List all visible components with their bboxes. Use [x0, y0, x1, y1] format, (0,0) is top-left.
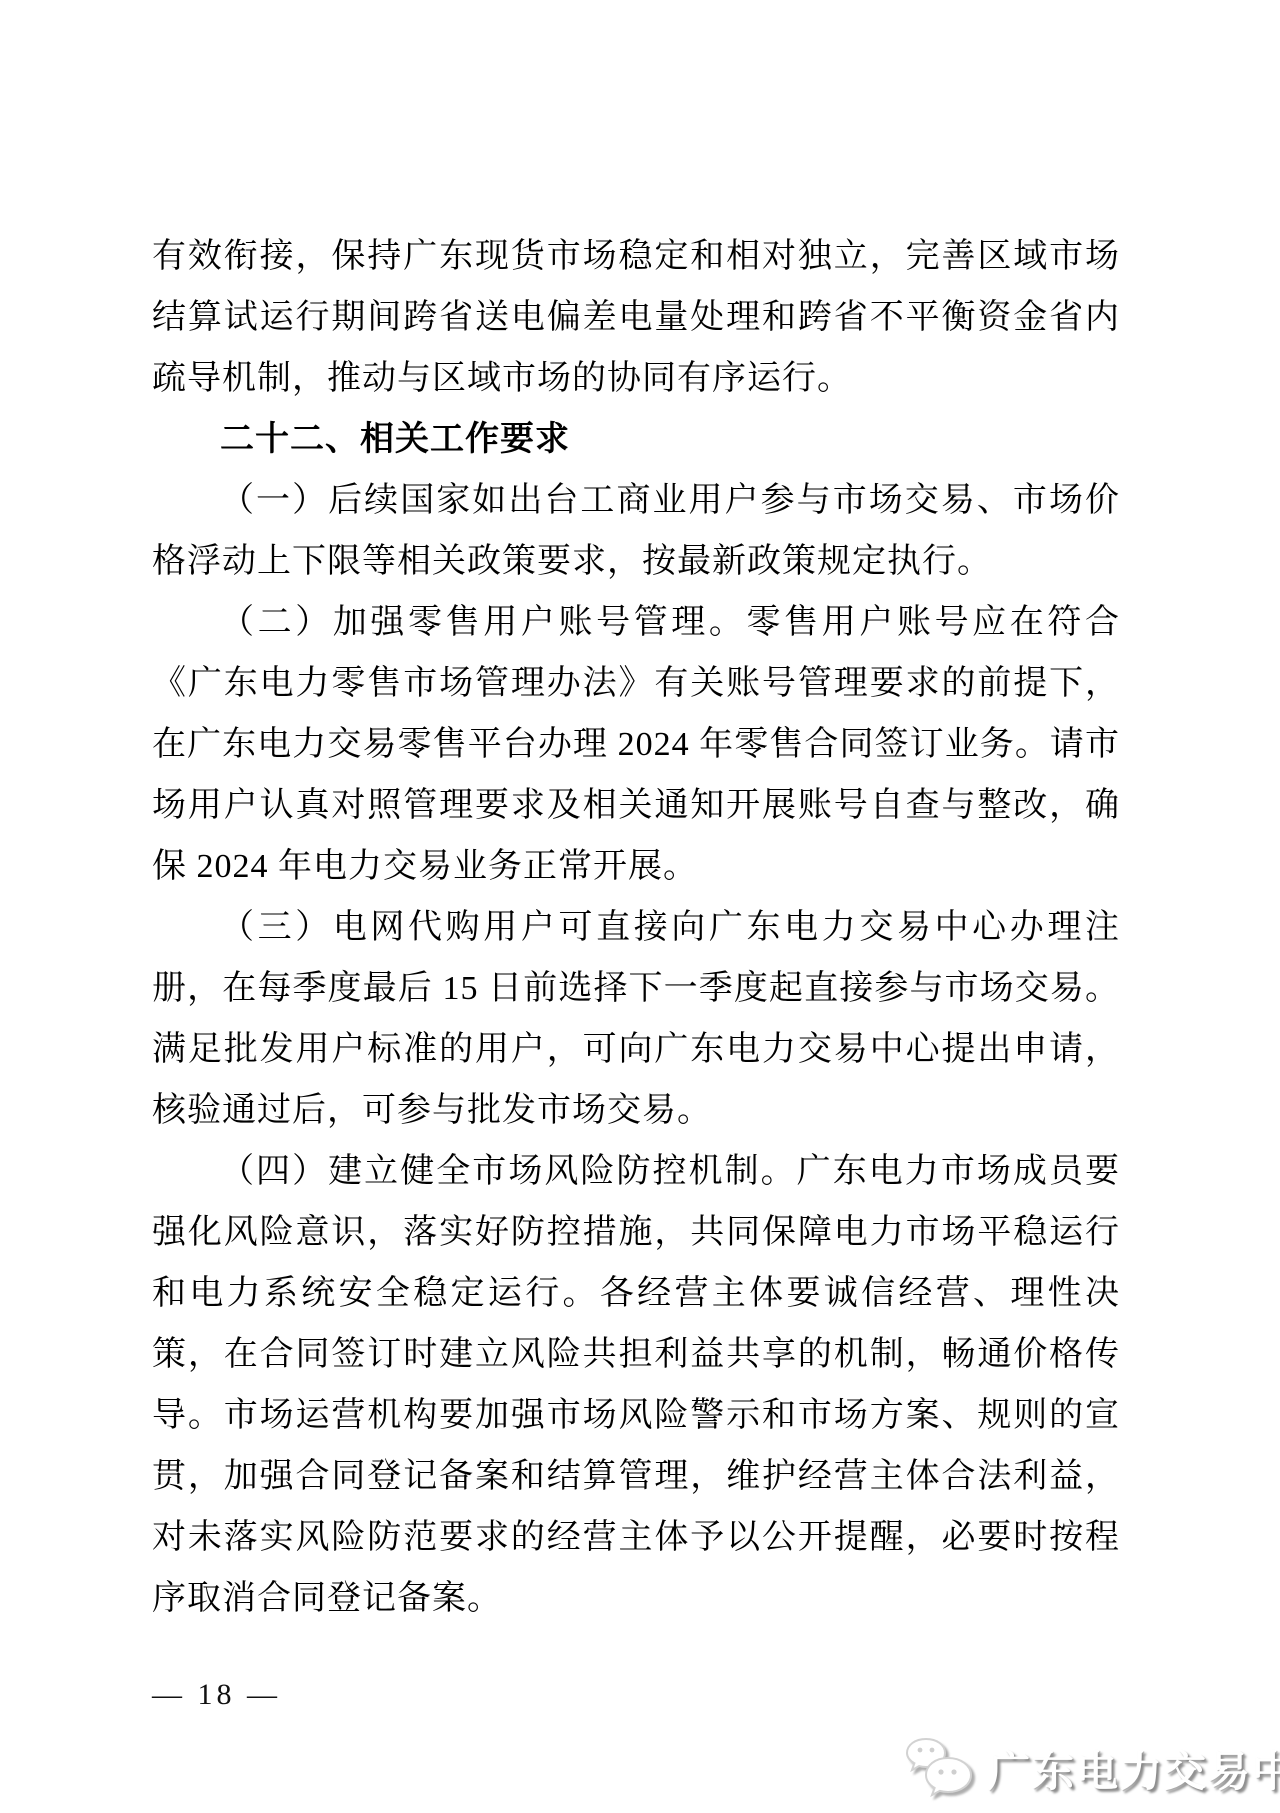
paragraph: 有效衔接，保持广东现货市场稳定和相对独立，完善区域市场结算试运行期间跨省送电偏差… — [152, 226, 1120, 409]
page-number: — 18 — — [152, 1678, 281, 1712]
document-body: 有效衔接，保持广东现货市场稳定和相对独立，完善区域市场结算试运行期间跨省送电偏差… — [152, 226, 1120, 1629]
document-page: 有效衔接，保持广东现货市场稳定和相对独立，完善区域市场结算试运行期间跨省送电偏差… — [0, 0, 1280, 1813]
paragraph: （四）建立健全市场风险防控机制。广东电力市场成员要强化风险意识，落实好防控措施，… — [152, 1141, 1120, 1629]
section-heading: 二十二、相关工作要求 — [152, 409, 1120, 470]
paragraph: （二）加强零售用户账号管理。零售用户账号应在符合《广东电力零售市场管理办法》有关… — [152, 592, 1120, 897]
watermark: 广东电力交易中心 — [896, 1736, 1280, 1802]
paragraph: （三）电网代购用户可直接向广东电力交易中心办理注册，在每季度最后 15 日前选择… — [152, 897, 1120, 1141]
paragraph: （一）后续国家如出台工商业用户参与市场交易、市场价格浮动上下限等相关政策要求，按… — [152, 470, 1120, 592]
watermark-text: 广东电力交易中心 — [988, 1739, 1280, 1799]
wechat-icon — [896, 1736, 980, 1802]
